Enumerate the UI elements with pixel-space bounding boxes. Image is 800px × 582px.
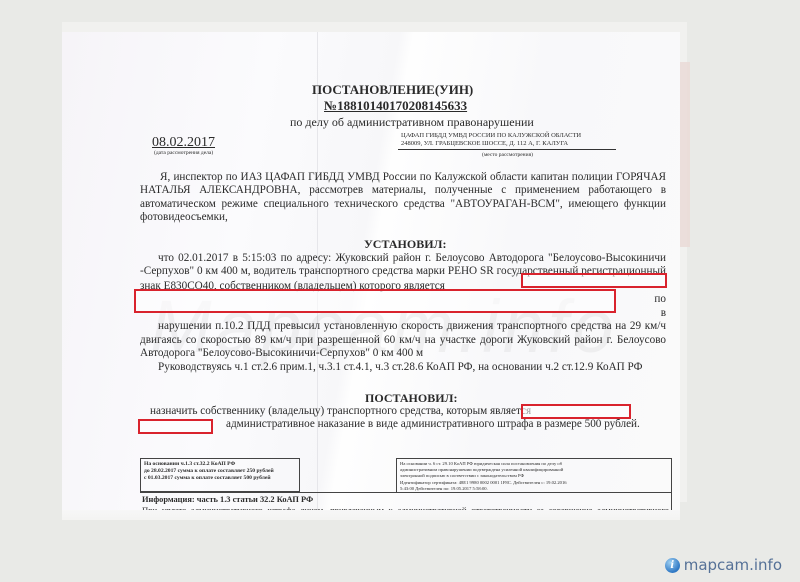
intro-paragraph: Я, инспектор по ИАЗ ЦАФАП ГИБДД УМВД Рос…: [140, 171, 666, 225]
redacted-owner-name: [521, 273, 667, 288]
redacted-owner-resolved-2: [138, 419, 213, 434]
review-date-caption: (дата рассмотрения дела): [154, 150, 213, 156]
established-paragraph: что 02.01.2017 в 5:15:03 по адресу: Жуко…: [140, 252, 666, 375]
site-logo[interactable]: i mapcam.info: [665, 556, 782, 574]
paper-bottom-edge: [62, 510, 680, 520]
redacted-owner-resolved: [521, 404, 631, 419]
document-uin: №18810140170208145633: [324, 98, 467, 114]
organization-street: 248009, УЛ. ГРАБЦЕВСКОЕ ШОССЕ, Д. 112 А,…: [401, 140, 581, 148]
info-title: Информация: часть 1.3 статьи 32.2 КоАП Р…: [142, 495, 669, 505]
document-subtitle: по делу об административном правонарушен…: [290, 115, 534, 130]
payment-discount-box: На основании ч.1.3 ст.32.2 КоАП РФ до 28…: [140, 458, 300, 492]
payment-basis: На основании ч.1.3 ст.32.2 КоАП РФ: [144, 461, 235, 467]
place-caption: (место рассмотрения): [482, 152, 533, 158]
scanned-document: Mapcam.info ПОСТАНОВЛЕНИЕ(УИН) №18810140…: [62, 32, 680, 520]
established-text-2: нарушении п.10.2 ПДД превысил установлен…: [140, 320, 666, 360]
guided-by-text: Руководствуясь ч.1 ст.2.6 прим.1, ч.3.1 …: [140, 361, 666, 374]
organization-address: ЦАФАП ГИБДД УМВД РОССИИ ПО КАЛУЖСКОЙ ОБЛ…: [401, 132, 581, 148]
resolved-text-1: назначить собственнику (владельцу) транс…: [150, 405, 531, 417]
resolved-heading: ПОСТАНОВИЛ:: [365, 391, 458, 406]
resolved-text-2: административное наказание в виде админи…: [140, 418, 666, 431]
established-po: по: [636, 293, 666, 306]
redacted-owner-details: [134, 289, 616, 313]
info-icon: i: [665, 558, 680, 573]
organization-name: ЦАФАП ГИБДД УМВД РОССИИ ПО КАЛУЖСКОЙ ОБЛ…: [401, 132, 581, 140]
place-underline: [398, 149, 616, 150]
site-logo-text: mapcam.info: [684, 556, 782, 574]
established-heading: УСТАНОВИЛ:: [364, 237, 447, 252]
payment-full-amount: с 01.03.2017 сумма к оплате составляет 5…: [144, 475, 271, 481]
document-title: ПОСТАНОВЛЕНИЕ(УИН): [312, 82, 473, 98]
review-date: 08.02.2017: [152, 135, 215, 151]
payment-discount-amount: до 28.02.2017 сумма к оплате составляет …: [144, 468, 274, 474]
established-v: в: [643, 307, 666, 320]
signature-box: На основании ч. 6 ст. 29.10 КоАП РФ юрид…: [396, 458, 672, 493]
